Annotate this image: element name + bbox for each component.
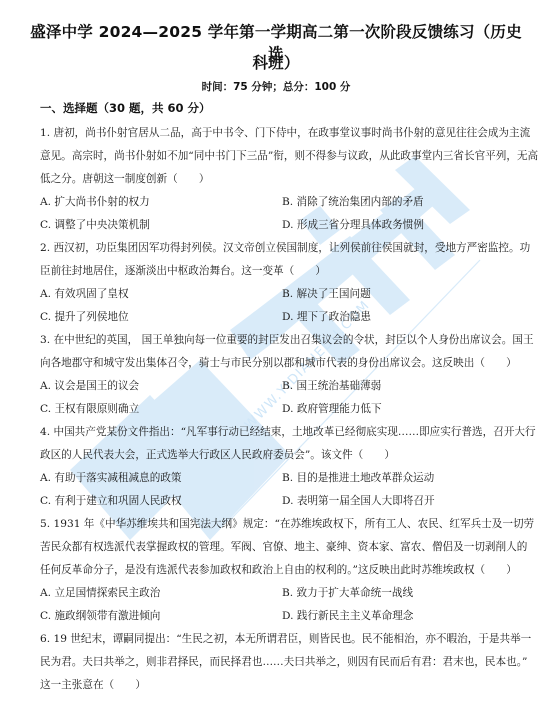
question-5-line-3: 任何反革命分子，是没有选派代表参加政权和政治上自由的权利的。”这反映出此时苏维埃… (40, 563, 525, 577)
question-2-line-1: 2. 西汉初，功臣集团因军功得封列侯。汉文帝创立侯国制度，让列侯前往侯国就封，受… (40, 241, 525, 255)
question-1-line-3: 低之分。唐朝这一制度创新（ ） (40, 172, 525, 186)
question-5-option-a[interactable]: A. 立足国情探索民主政治 (40, 586, 160, 600)
question-4-line-1: 4. 中国共产党某份文件指出：“凡军事行动已经结束，土地改革已经彻底实现……即应… (40, 425, 525, 439)
question-3-option-c[interactable]: C. 王权有限原则确立 (40, 402, 139, 416)
exam-time-and-score: 时间：75 分钟；总分：100 分 (0, 79, 552, 94)
question-4-option-b[interactable]: B. 目的是推进土地改革群众运动 (282, 471, 434, 485)
question-1-option-d[interactable]: D. 形成三省分理具体政务惯例 (282, 218, 424, 232)
document-title-line-2: 科班） (30, 51, 522, 73)
question-4-line-2: 政区的人民代表大会，正式选举大行政区人民政府委员会”。该文件（ ） (40, 448, 525, 462)
question-1-option-a[interactable]: A. 扩大尚书仆射的权力 (40, 195, 150, 209)
question-4-option-a[interactable]: A. 有助于落实减租减息的政策 (40, 471, 182, 485)
question-3-option-a[interactable]: A. 议会是国王的议会 (40, 379, 139, 393)
question-2-line-2: 臣前往封地居住，逐渐淡出中枢政治舞台。这一变革（ ） (40, 264, 525, 278)
question-1-option-b[interactable]: B. 消除了统治集团内部的矛盾 (282, 195, 424, 209)
question-3-option-d[interactable]: D. 政府管理能力低下 (282, 402, 382, 416)
question-3-line-1: 3. 在中世纪的英国， 国王单独向每一位重要的封臣发出召集议会的令状，封臣以个人… (40, 333, 525, 347)
question-6-line-1: 6. 19 世纪末，谭嗣同提出：“生民之初，本无所谓君臣，则皆民也。民不能相治，… (40, 632, 525, 646)
question-3-line-2: 向各地郡守和城守发出集体召令，骑士与市民分别以郡和城市代表的身份出席议会。这反映… (40, 356, 525, 370)
question-3-option-b[interactable]: B. 国王统治基础薄弱 (282, 379, 381, 393)
question-1-line-2: 意见。高宗时，尚书仆射如不加“同中书门下三品”衔，则不得参与议政，从此政事堂内三… (40, 149, 525, 163)
question-5-option-b[interactable]: B. 致力于扩大革命统一战线 (282, 586, 413, 600)
exam-page: WWW.YIDIANEDU.COM 盛泽中学 2024—2025 学年第一学期高… (0, 0, 552, 711)
question-4-option-c[interactable]: C. 有利于建立和巩固人民政权 (40, 494, 182, 508)
question-5-option-c[interactable]: C. 施政纲领带有激进倾向 (40, 609, 160, 623)
question-6-line-2: 民为君。夫曰共举之，则非君择民，而民择君也……夫曰共举之，则因有民而后有君：君末… (40, 655, 525, 669)
question-5-option-d[interactable]: D. 践行新民主主义革命理念 (282, 609, 413, 623)
question-2-option-c[interactable]: C. 提升了列侯地位 (40, 310, 129, 324)
question-2-option-b[interactable]: B. 解决了王国问题 (282, 287, 371, 301)
question-5-line-1: 5. 1931 年《中华苏维埃共和国宪法大纲》规定：“在苏维埃政权下，所有工人、… (40, 517, 525, 531)
question-2-option-d[interactable]: D. 埋下了政治隐患 (282, 310, 371, 324)
question-1-line-1: 1. 唐初，尚书仆射官居从二品，高于中书令、门下侍中，在政事堂议事时尚书仆射的意… (40, 126, 525, 140)
question-5-line-2: 苦民众都有权选派代表掌握政权的管理。军阀、官僚、地主、豪绅、资本家、富农、僧侣及… (40, 540, 525, 554)
question-6-line-3: 这一主张意在（ ） (40, 678, 525, 692)
question-4-option-d[interactable]: D. 表明第一届全国人大即将召开 (282, 494, 435, 508)
question-1-option-c[interactable]: C. 调整了中央决策机制 (40, 218, 150, 232)
question-2-option-a[interactable]: A. 有效巩固了皇权 (40, 287, 129, 301)
section-heading: 一、选择题（30 题，共 60 分） (40, 100, 211, 116)
